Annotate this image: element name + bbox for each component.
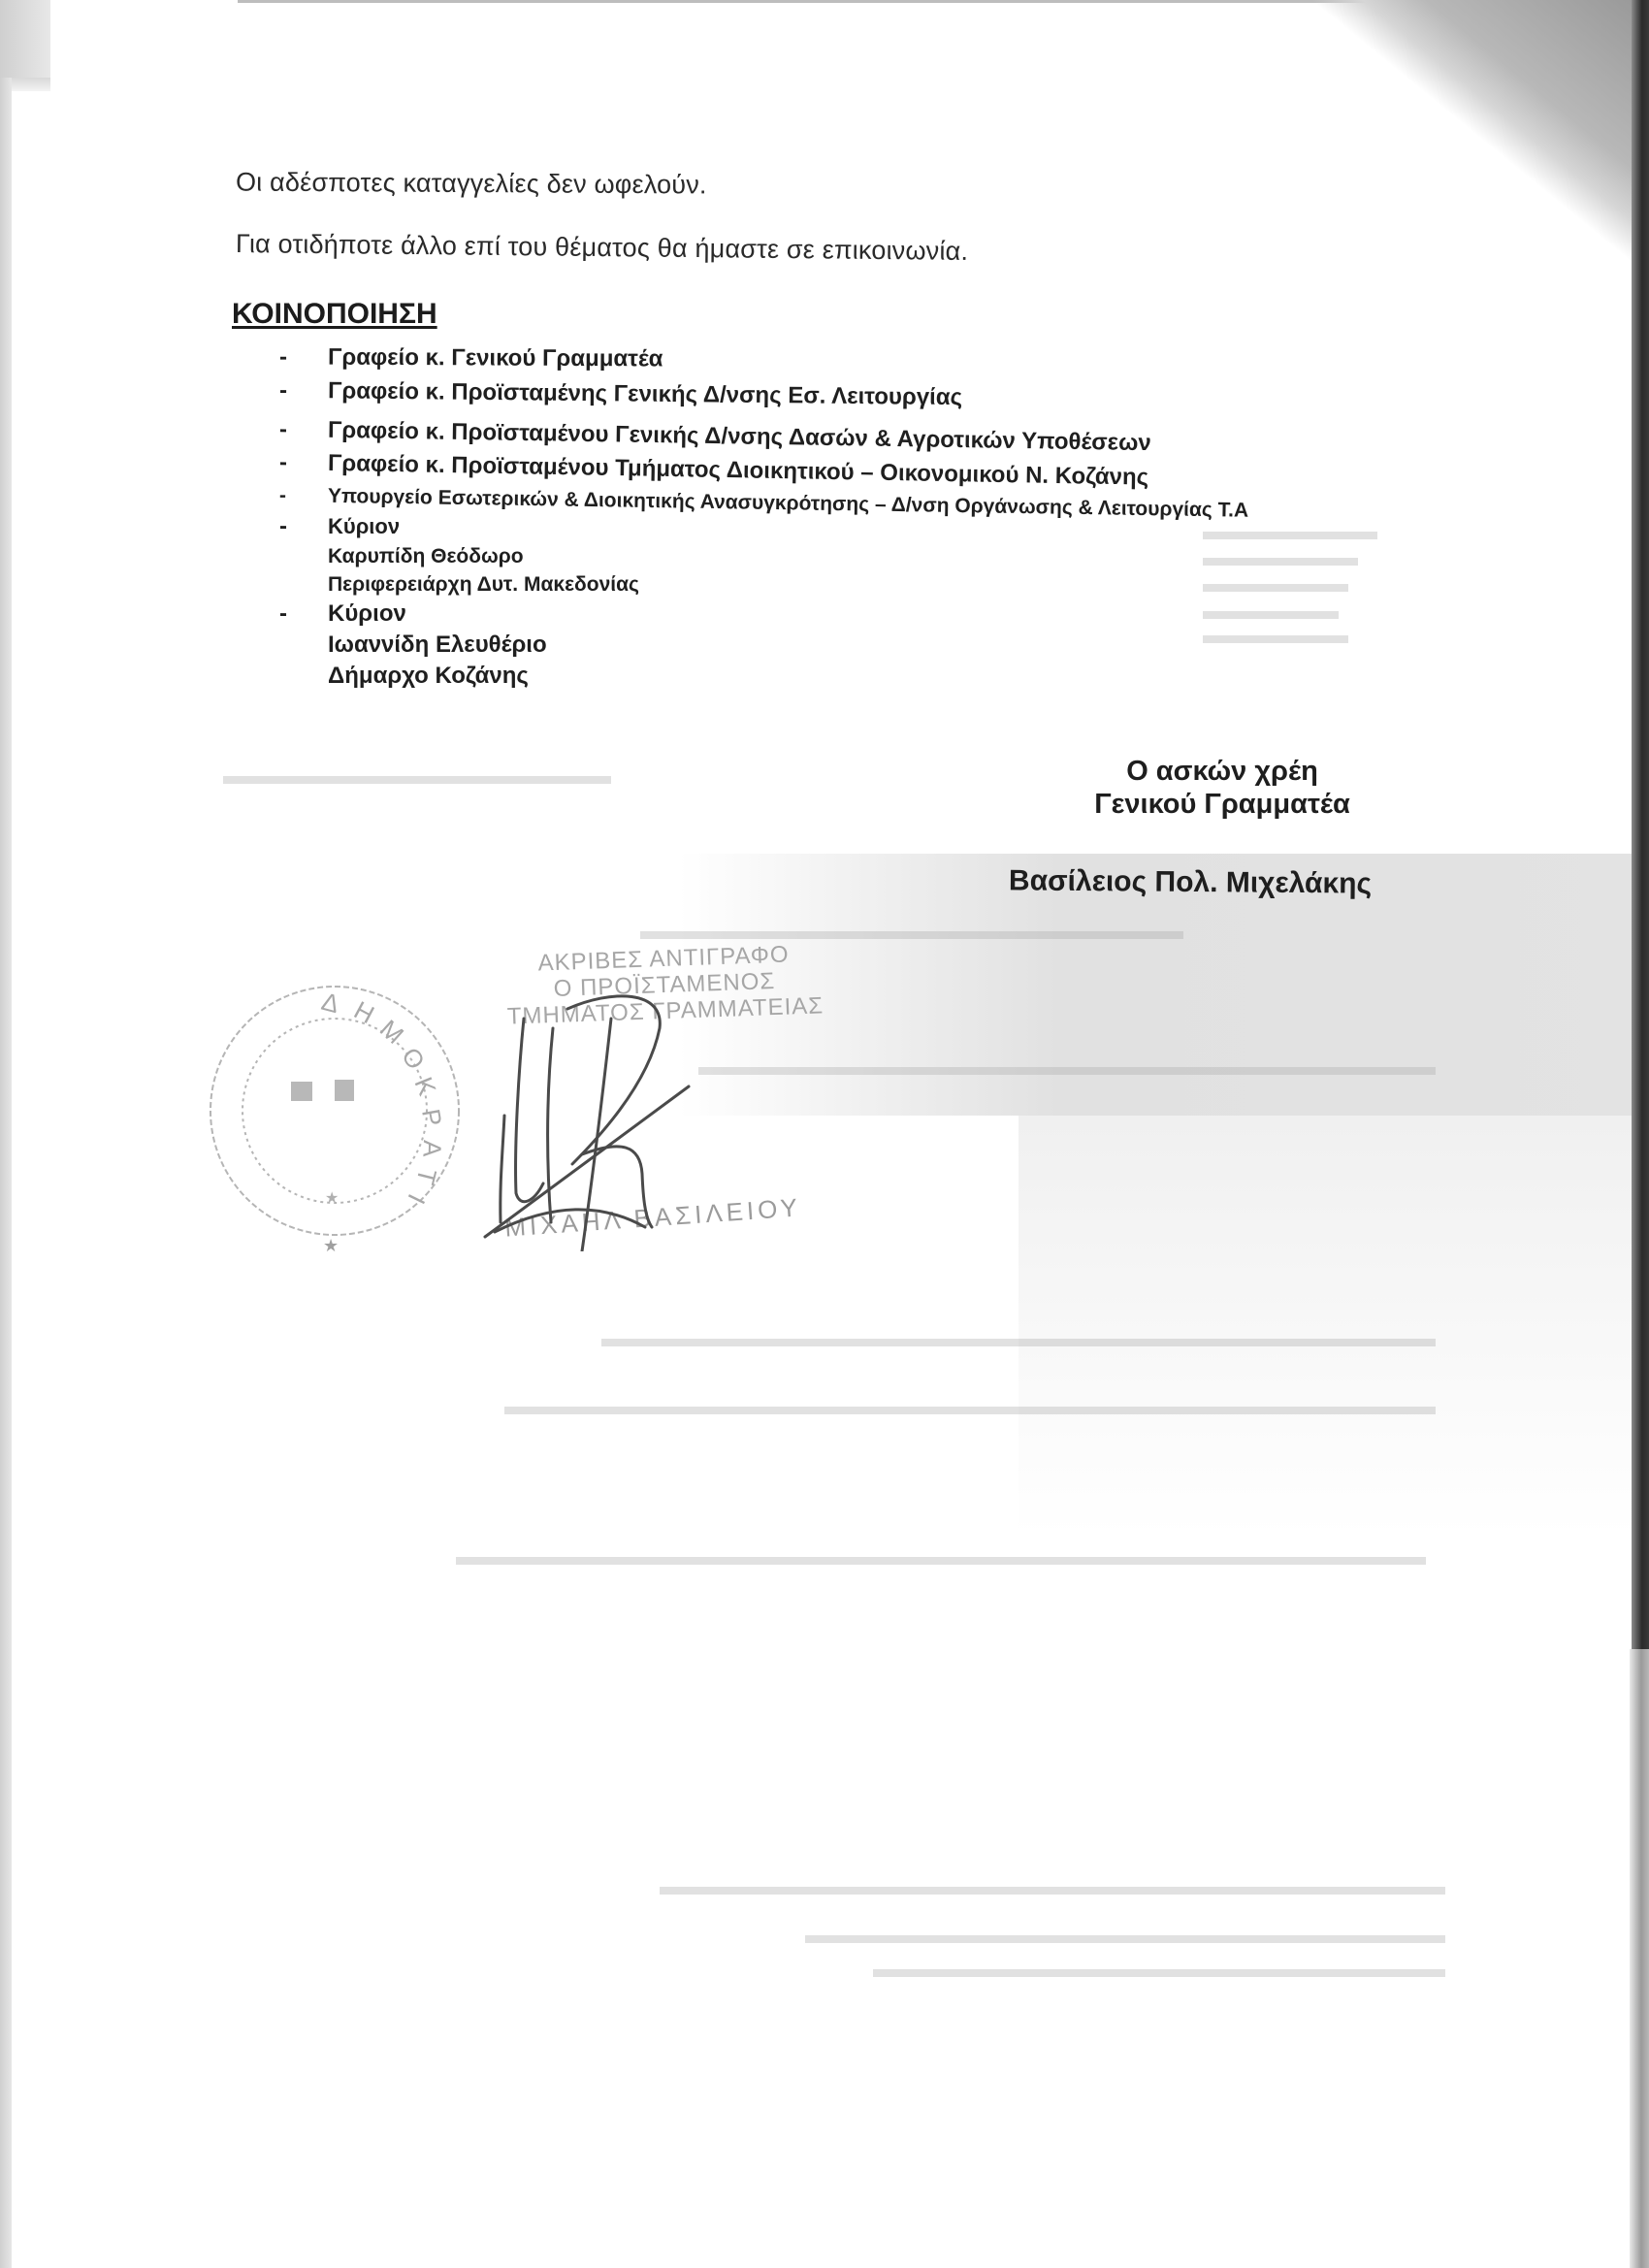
body-paragraph: Οι αδέσποτες καταγγελίες δεν ωφελούν. (236, 168, 707, 201)
signatory-name: Βασίλειος Πολ. Μιχελάκης (1009, 864, 1372, 900)
svg-text:Ο: Ο (396, 1042, 431, 1075)
svg-text:Η: Η (349, 995, 379, 1029)
notification-heading: ΚΟΙΝΟΠΟΙΗΣΗ (232, 298, 437, 331)
recipient-item: - Γραφείο κ. Προϊσταμένης Γενικής Δ/νσης… (279, 375, 1249, 416)
bullet-dash: - (279, 414, 300, 445)
bullet-dash: - (279, 341, 299, 373)
svg-text:★: ★ (325, 1188, 339, 1207)
svg-text:Ρ: Ρ (416, 1107, 448, 1128)
signatory-role: Γενικού Γραμματέα (999, 788, 1445, 821)
svg-text:Τ: Τ (410, 1166, 442, 1188)
notification-recipient-list: - Γραφείο κ. Γενικού Γραμματέα - Γραφείο… (279, 344, 1248, 680)
body-paragraph: Για οτιδήποτε άλλο επί του θέματος θα ήμ… (236, 229, 968, 267)
recipient-text: Γραφείο κ. Γενικού Γραμματέα (328, 342, 1248, 378)
bullet-dash: - (279, 447, 300, 478)
recipient-name: Καρυπίδη Θεόδωρο (328, 542, 1248, 570)
svg-text:Δ: Δ (318, 987, 342, 1019)
recipient-salutation: Κύριον (328, 599, 1248, 630)
svg-text:Μ: Μ (374, 1014, 409, 1050)
svg-text:★: ★ (323, 1236, 339, 1256)
signatory-role: Ο ασκών χρέη (999, 755, 1445, 788)
handwritten-signature-icon (475, 989, 727, 1251)
bullet-dash: - (279, 599, 299, 630)
recipient-title: Περιφερειάρχη Δυτ. Μακεδονίας (328, 570, 1248, 599)
recipient-item: - Κύριον Ιωαννίδη Ελευθέριο Δήμαρχο Κοζά… (279, 599, 1248, 692)
bullet-dash: - (279, 480, 300, 511)
recipient-title: Δήμαρχο Κοζάνης (328, 661, 1248, 692)
recipient-item: - Κύριον Καρυπίδη Θεόδωρο Περιφερειάρχη … (279, 511, 1248, 599)
svg-text:Α: Α (417, 1140, 447, 1158)
recipient-salutation: Κύριον (328, 511, 1248, 542)
bullet-dash: - (279, 511, 299, 542)
svg-text:Κ: Κ (408, 1073, 442, 1100)
bullet-dash: - (279, 375, 299, 406)
recipient-item: - Γραφείο κ. Γενικού Γραμματέα (279, 341, 1248, 377)
recipient-text: Γραφείο κ. Προϊσταμένης Γενικής Δ/νσης Ε… (328, 375, 1249, 416)
recipient-name: Ιωαννίδη Ελευθέριο (328, 630, 1248, 661)
official-seal-icon: Δ Η Μ Ο Κ Ρ Α Τ Ι ★ ★ (199, 956, 461, 1266)
document-page: Οι αδέσποτες καταγγελίες δεν ωφελούν. Γι… (0, 0, 1649, 2268)
signature-block: Ο ασκών χρέη Γενικού Γραμματέα (999, 755, 1445, 821)
